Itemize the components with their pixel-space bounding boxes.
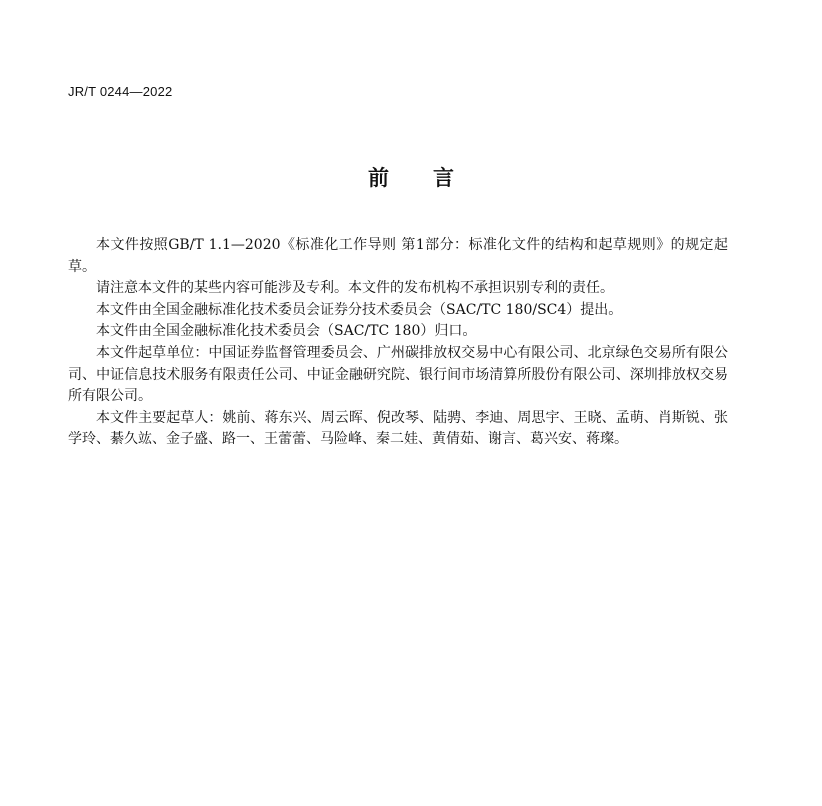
foreword-body: 本文件按照GB/T 1.1—2020《标准化工作导则 第1部分：标准化文件的结构… <box>68 235 728 451</box>
paragraph-drafting-units: 本文件起草单位：中国证券监督管理委员会、广州碳排放权交易中心有限公司、北京绿色交… <box>68 343 728 408</box>
paragraph-drafting-rules: 本文件按照GB/T 1.1—2020《标准化工作导则 第1部分：标准化文件的结构… <box>68 235 728 278</box>
title-char-2: 言 <box>433 162 454 192</box>
title-char-1: 前 <box>368 162 389 192</box>
document-code: JR/T 0244—2022 <box>68 84 172 99</box>
paragraph-administered-by: 本文件由全国金融标准化技术委员会（SAC/TC 180）归口。 <box>68 321 728 343</box>
paragraph-drafters: 本文件主要起草人：姚前、蒋东兴、周云晖、倪改琴、陆骋、李迪、周思宇、王晓、孟萌、… <box>68 408 728 451</box>
page-title: 前言 <box>0 162 822 192</box>
paragraph-proposed-by: 本文件由全国金融标准化技术委员会证券分技术委员会（SAC/TC 180/SC4）… <box>68 300 728 322</box>
paragraph-patent-notice: 请注意本文件的某些内容可能涉及专利。本文件的发布机构不承担识别专利的责任。 <box>68 278 728 300</box>
